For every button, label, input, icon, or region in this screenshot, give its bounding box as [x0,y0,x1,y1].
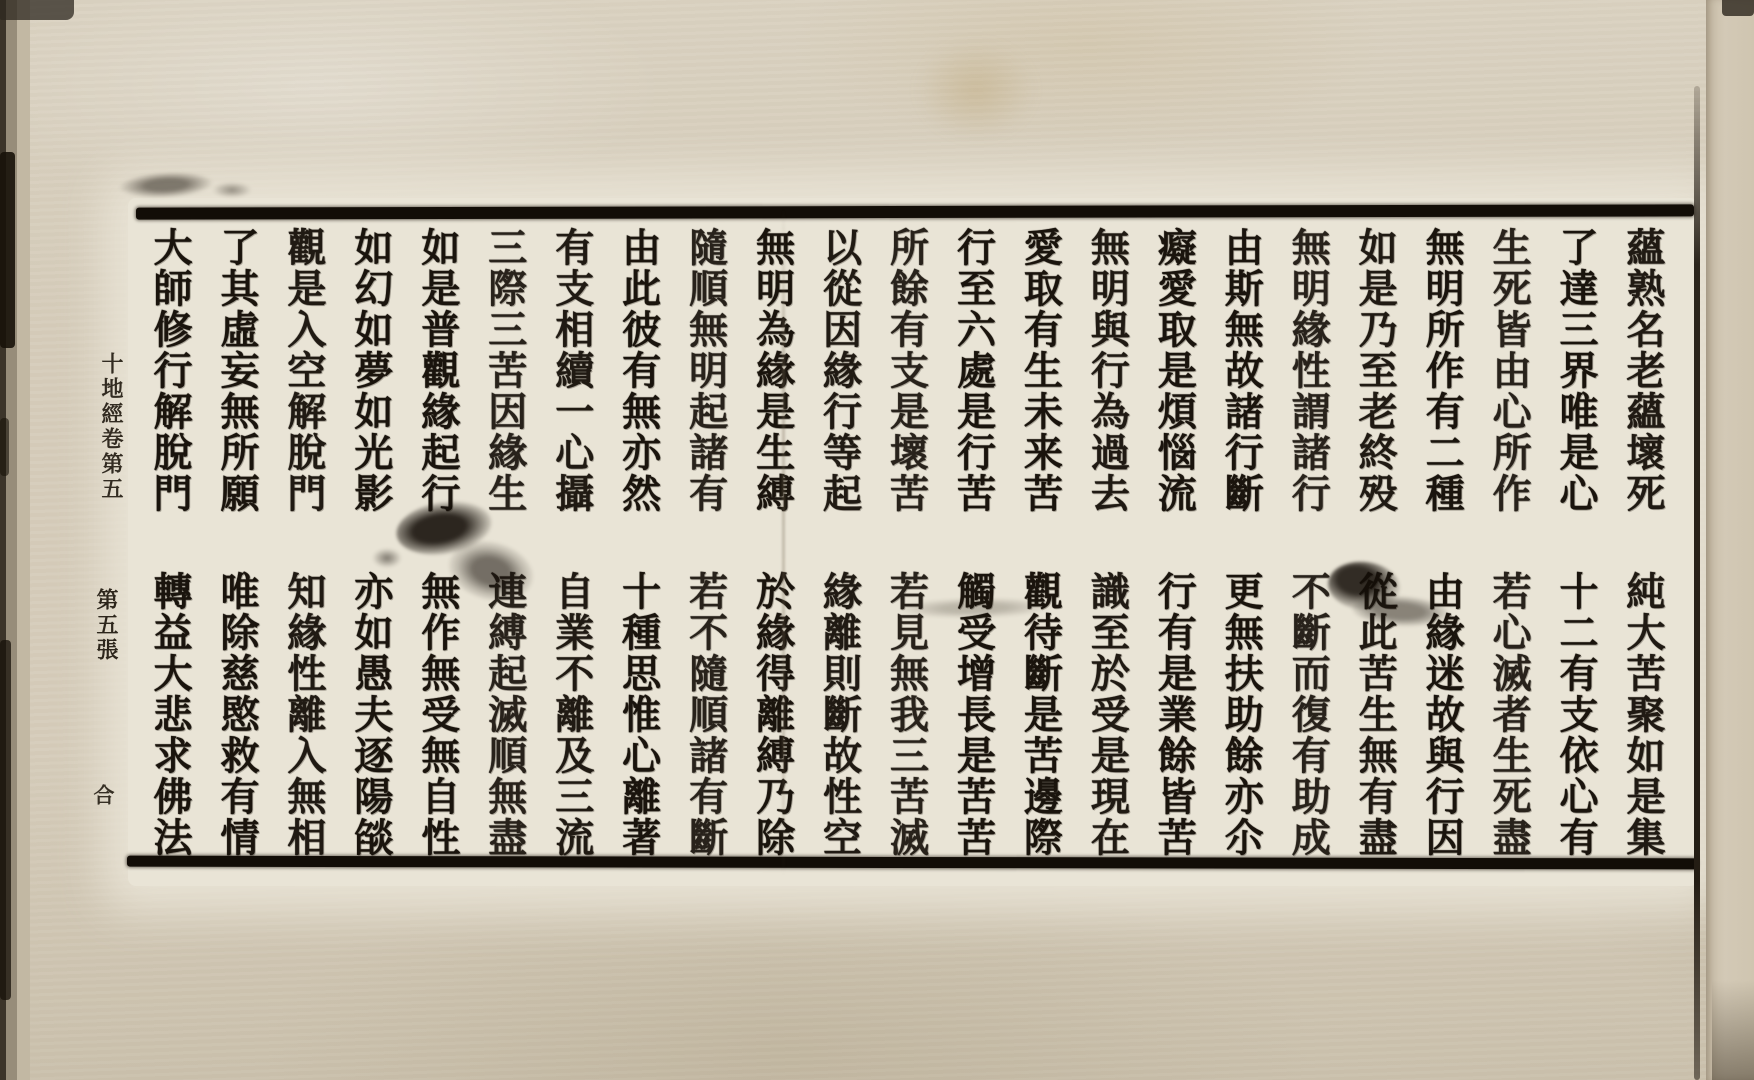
text-column: 由此彼有無亦然 [619,227,658,516]
text-column: 識至於受是現在 [1087,571,1126,864]
text-column: 亦如愚夫逐陽燄 [351,571,390,864]
text-column: 十種思惟心離著 [619,571,658,864]
text-column: 隨順無明起諸有 [686,227,725,516]
text-column: 無明與行為過去 [1087,227,1126,516]
sheet-number-note: 第五張 [95,588,117,663]
text-column: 無明緣性謂諸行 [1288,227,1327,516]
text-column: 癡愛取是煩惱流 [1154,227,1193,516]
volume-margin-note: 十地經卷第五 [100,352,122,502]
text-column: 如是乃至老終殁 [1355,227,1394,516]
ink-smudge-center-left-3 [372,548,402,568]
text-column: 如是普觀緣起行 [418,227,457,516]
text-column: 緣離則斷故性空 [820,571,859,864]
adjacent-leaf-frame-mark-3 [0,640,11,1000]
text-column: 若不隨順諸有斷 [686,571,725,864]
text-column: 大師修行解脫門 [150,227,189,516]
text-column: 更無扶助餘亦尒 [1221,571,1260,864]
text-column: 轉益大悲求佛法 [150,571,189,864]
left-page-edge-light [17,0,30,1080]
text-column: 三際三苦因緣生 [485,227,524,516]
text-column: 行至六處是行苦 [953,227,992,516]
text-column: 自業不離及三流 [552,571,591,864]
top-left-ink-smear [0,0,74,20]
text-column: 由斯無故諸行斷 [1221,227,1260,516]
text-column: 以從因緣行等起 [820,227,859,516]
paper-stain-top [916,40,1036,140]
text-column: 蘊熟名老蘊壞死 [1623,227,1662,516]
text-column: 不斷而復有助成 [1288,571,1327,864]
text-column: 觀待斷是苦邊際 [1020,571,1059,864]
text-column: 於緣得離縛乃除 [753,571,792,864]
text-column: 如幻如夢如光影 [351,227,390,516]
text-column: 無明為緣是生縛 [753,227,792,516]
text-column: 無作無受無自性 [418,571,457,864]
text-column: 行有是業餘皆苦 [1154,571,1193,864]
text-column: 無明所作有二種 [1422,227,1461,516]
right-page-edge [1706,0,1754,1080]
ink-smudge-top-left-2 [212,182,252,198]
text-column: 觀是入空解脫門 [284,227,323,516]
paper-crease-line [782,208,785,876]
text-column: 純大苦聚如是集 [1623,571,1662,864]
text-column: 有支相續一心攝 [552,227,591,516]
woodblock-page: 蘊熟名老蘊壞死了達三界唯是心生死皆由心所作無明所作有二種如是乃至老終殁無明緣性謂… [0,0,1754,1080]
ink-smudge-top-left-1 [117,170,214,201]
top-right-ink-mark [1722,0,1754,16]
text-column: 若心滅者生死盡 [1489,571,1528,864]
text-column: 知緣性離入無相 [284,571,323,864]
text-column: 生死皆由心所作 [1489,227,1528,516]
collation-mark: 合 [93,784,114,808]
adjacent-leaf-frame-mark-1 [0,152,15,348]
bottom-right-edge-shadow [1712,980,1754,1080]
text-column: 唯除慈愍救有情 [217,571,256,864]
text-column: 十二有支依心有 [1556,571,1595,864]
text-column: 了達三界唯是心 [1556,227,1595,516]
upper-text-block: 蘊熟名老蘊壞死了達三界唯是心生死皆由心所作無明所作有二種如是乃至老終殁無明緣性謂… [150,227,1662,516]
text-column: 連縛起滅順無盡 [485,571,524,864]
text-column: 所餘有支是壞苦 [886,227,925,516]
right-leaf-border-line [1694,86,1700,1080]
text-column: 了其虛妄無所願 [217,227,256,516]
text-column: 愛取有生未来苦 [1020,227,1059,516]
adjacent-leaf-frame-mark-2 [0,418,9,476]
